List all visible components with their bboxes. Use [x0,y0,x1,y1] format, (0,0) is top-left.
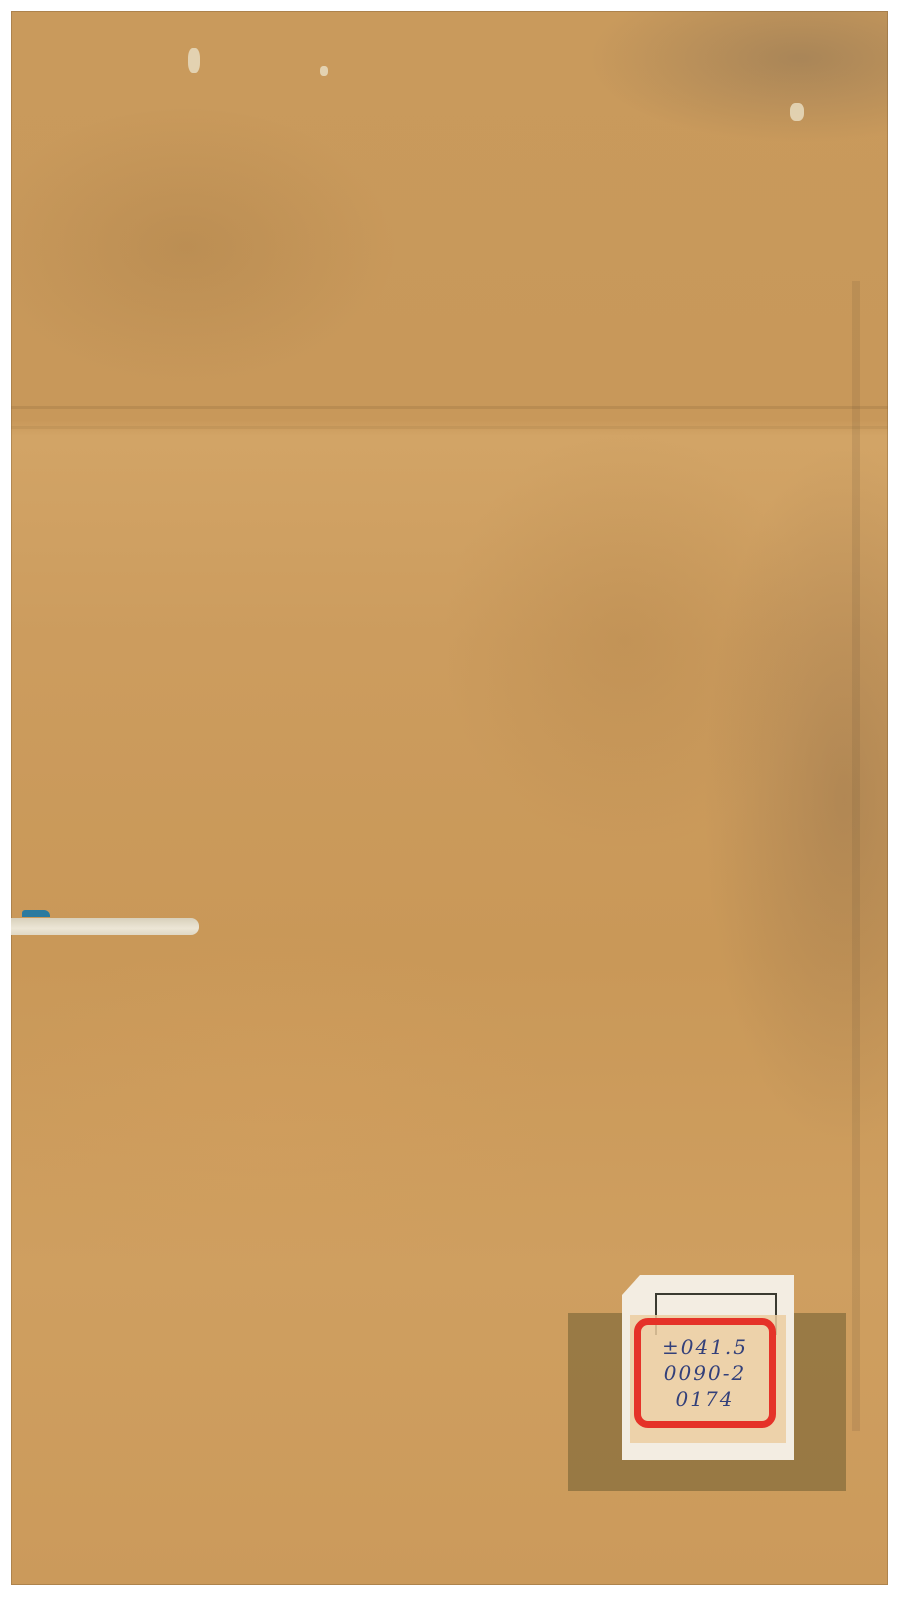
fold-crease [11,406,888,409]
call-number-line-2: 0090-2 [664,1360,746,1386]
side-tab [11,918,199,935]
fold-crease [11,426,888,429]
paper-wear-spot [790,103,804,121]
spine-edge [852,281,860,1431]
paper-wear-spot [188,48,200,73]
call-number-label: ±041.5 0090-2 0174 [634,1318,776,1428]
call-number-line-1: ±041.5 [662,1334,748,1360]
call-number-line-3: 0174 [676,1386,735,1412]
side-tab-marker [22,910,50,917]
paper-wear-spot [320,66,328,76]
